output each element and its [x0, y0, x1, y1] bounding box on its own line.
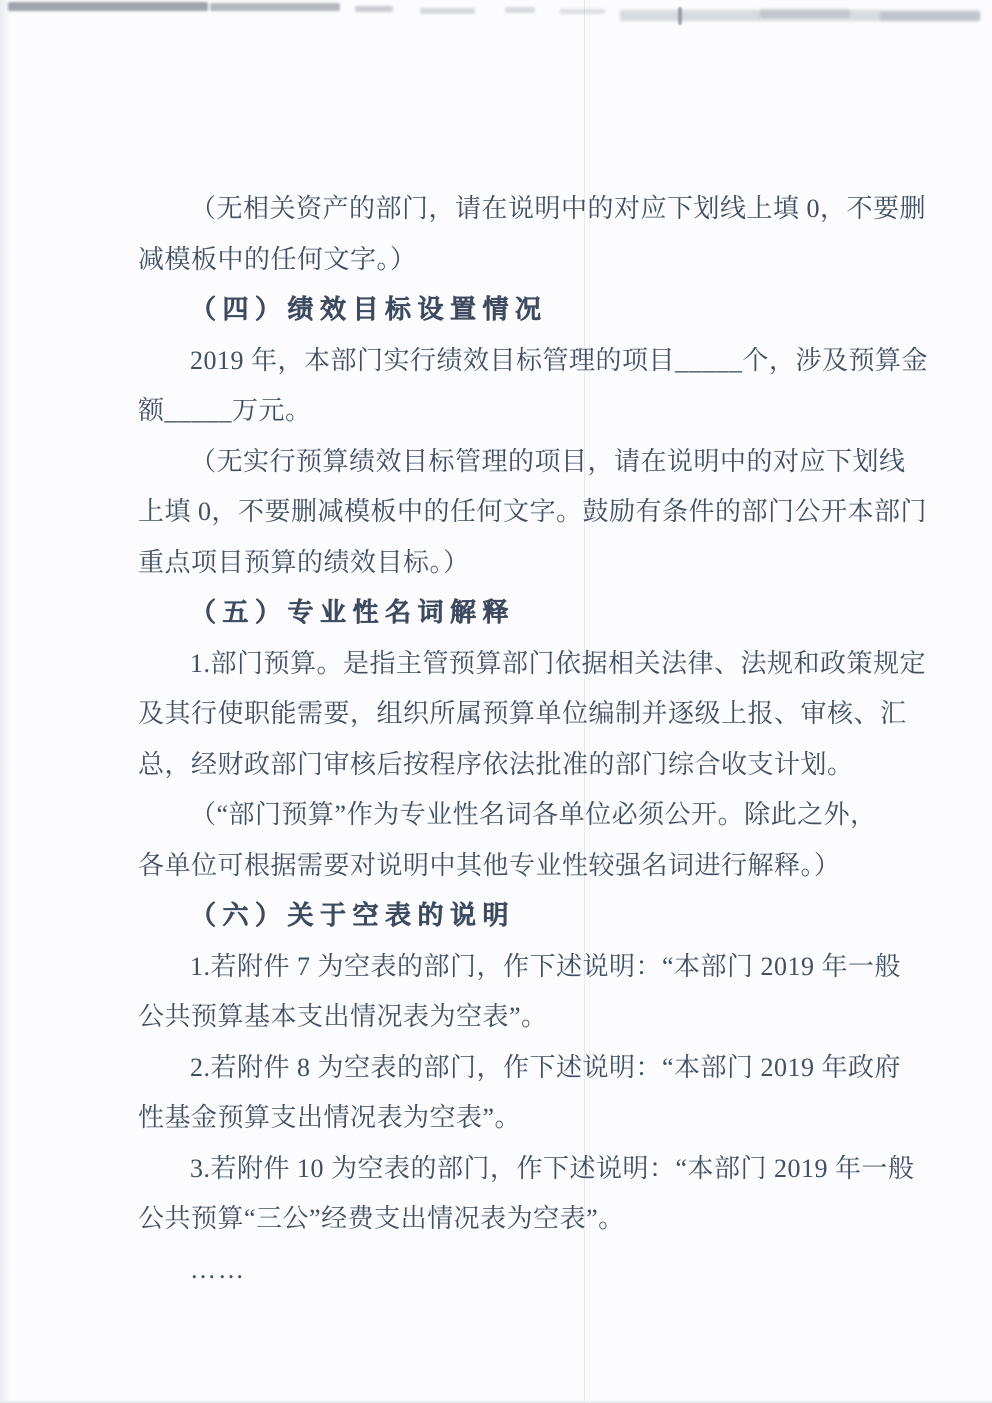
- scan-artifact: [420, 8, 475, 14]
- text-line: 1.部门预算。是指主管预算部门依据相关法律、法规和政策规定: [138, 639, 875, 690]
- scan-artifact: [355, 6, 393, 12]
- section-heading: （六）关于空表的说明: [138, 891, 875, 942]
- text-line: 公共预算基本支出情况表为空表”。: [138, 992, 875, 1043]
- text-line: 减模板中的任何文字。）: [138, 235, 875, 286]
- scan-artifact: [8, 2, 208, 11]
- text-line: （无相关资产的部门，请在说明中的对应下划线上填 0，不要删: [138, 184, 875, 235]
- text-line: 3.若附件 10 为空表的部门，作下述说明：“本部门 2019 年一般: [138, 1144, 875, 1195]
- scan-artifact: [505, 7, 535, 13]
- text-line: 2019 年，本部门实行绩效目标管理的项目_____个，涉及预算金: [138, 336, 875, 387]
- text-line: 上填 0，不要删减模板中的任何文字。鼓励有条件的部门公开本部门: [138, 487, 875, 538]
- scan-artifact: [210, 3, 340, 11]
- text-line: 性基金预算支出情况表为空表”。: [138, 1093, 875, 1144]
- text-line: 各单位可根据需要对说明中其他专业性较强名词进行解释。）: [138, 841, 875, 892]
- scan-edge-left: [0, 0, 10, 1403]
- text-line: 2.若附件 8 为空表的部门，作下述说明：“本部门 2019 年政府: [138, 1043, 875, 1094]
- text-line: 额_____万元。: [138, 386, 875, 437]
- section-heading: （五）专业性名词解释: [138, 588, 875, 639]
- text-line: 总，经财政部门审核后按程序依法批准的部门综合收支计划。: [138, 740, 875, 791]
- scan-artifact: [880, 12, 980, 21]
- scan-artifact: [678, 7, 682, 25]
- text-line: （“部门预算”作为专业性名词各单位必须公开。除此之外，: [138, 790, 875, 841]
- text-line: 公共预算“三公”经费支出情况表为空表”。: [138, 1194, 875, 1245]
- scan-artifact: [760, 9, 850, 18]
- text-line: （无实行预算绩效目标管理的项目，请在说明中的对应下划线: [138, 437, 875, 488]
- section-heading: （四）绩效目标设置情况: [138, 285, 875, 336]
- text-line: 及其行使职能需要，组织所属预算单位编制并逐级上报、审核、汇: [138, 689, 875, 740]
- text-line: ……: [138, 1245, 875, 1296]
- scanned-page: （无相关资产的部门，请在说明中的对应下划线上填 0，不要删减模板中的任何文字。）…: [0, 0, 992, 1403]
- scan-artifact: [560, 9, 605, 14]
- document-text: （无相关资产的部门，请在说明中的对应下划线上填 0，不要删减模板中的任何文字。）…: [138, 184, 875, 1295]
- text-line: 1.若附件 7 为空表的部门，作下述说明：“本部门 2019 年一般: [138, 942, 875, 993]
- text-line: 重点项目预算的绩效目标。）: [138, 538, 875, 589]
